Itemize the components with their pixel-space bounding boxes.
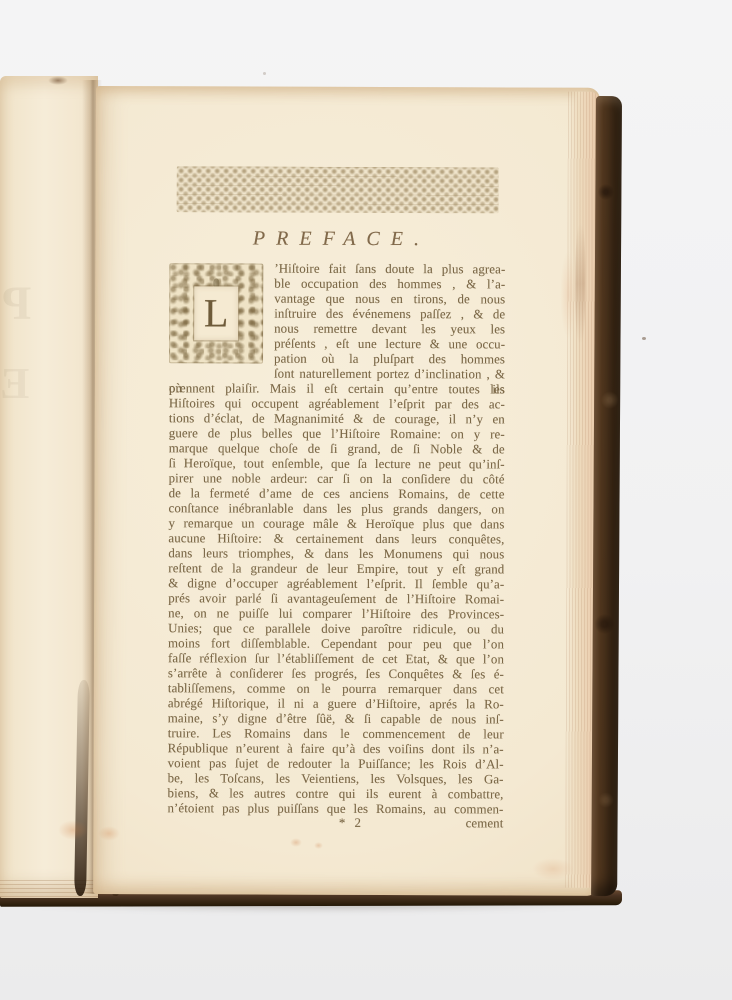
text-line: Hiſtoires qui occupent agréablement l’eſ…	[169, 396, 505, 412]
text-line: & digne d’occuper agréablement l’eſprit.…	[168, 576, 504, 592]
drop-cap-letter: L	[204, 293, 229, 333]
text-line: tabliſſemens, comme on le pourra remarqu…	[168, 681, 504, 697]
header-ornament-band	[177, 166, 499, 213]
text-line: s’arrête à conſiderer ſes progrés, ſes C…	[168, 666, 504, 682]
text-line: ſont naturellement portez d’inclination …	[169, 366, 505, 382]
text-line: ſi Heroïque, tout enſemble, que ſa lectu…	[169, 456, 505, 472]
text-line: aucune Hiſtoire: & certainement dans leu…	[168, 531, 504, 547]
page-corner-stain	[48, 76, 68, 85]
text-line: biens, & les autres contre qui ils euren…	[168, 786, 504, 802]
body-text: L ’Hiſtoire fait ſans doute la plus agre…	[167, 261, 505, 831]
show-through-text: P	[2, 276, 31, 331]
fore-edge-notch	[575, 224, 585, 344]
text-line: guere de plus belles que l’Hiſtoire Roma…	[169, 426, 505, 442]
text-block: PREFACE. L ’Hiſtoire fait ſans doute la …	[167, 166, 505, 831]
text-line: abrégé Hiſtorique, il ni a guere d’Hiſto…	[168, 696, 504, 712]
book-photo: P E PREFACE. L ’Hiſtoire fait ſans doute…	[0, 0, 732, 1000]
dust-speck	[642, 337, 646, 340]
show-through-text: E	[0, 358, 29, 409]
text-line: tions d’éclat, de Magnanimité & de coura…	[169, 411, 505, 427]
text-line: ne, on ne puiſſe lui comparer l’Hiſtoire…	[168, 606, 504, 622]
text-line: prennent plaiſir. Mais il eſt certain qu…	[169, 381, 505, 397]
text-line: y remarque un courage mâle & Heroïque pl…	[168, 516, 504, 532]
text-line: République n’eurent à faire qu’à des voi…	[168, 741, 504, 757]
text-line: moins fort diſſemblable. Cependant pour …	[168, 636, 504, 652]
text-line: truire. Les Romains dans le commencement…	[168, 726, 504, 742]
text-line: prés avoir parlé ſi avantageuſement de l…	[168, 591, 504, 607]
decorated-initial-frame: L	[169, 263, 263, 363]
text-line: faſſe réflexion ſur l’établiſſement de c…	[168, 651, 504, 667]
text-line: reſtent de la grandeur de leur Empire, t…	[168, 561, 504, 577]
decorated-initial-inner: L	[194, 286, 238, 340]
text-line: dans leurs triomphes, & dans les Monumen…	[168, 546, 504, 562]
page-title: PREFACE.	[169, 225, 505, 252]
text-line: Unies; que ce parallele doive paroître r…	[168, 621, 504, 637]
text-line: maine, s’y digne d’être ſûë, & ſi capabl…	[168, 711, 504, 727]
dust-speck	[263, 72, 266, 75]
text-line: de la fermeté d’ame de ces anciens Romai…	[169, 486, 505, 502]
right-page: PREFACE. L ’Hiſtoire fait ſans doute la …	[93, 86, 600, 896]
text-line: marque quelque choſe de ſi grand, de ſi …	[169, 441, 505, 457]
text-line: pirer une noble ardeur: car ſi on la con…	[169, 471, 505, 487]
catchword: cement	[348, 815, 503, 832]
signature-mark: * 2	[339, 815, 364, 831]
text-line: be, les Toſcans, les Veientiens, les Vol…	[168, 771, 504, 787]
text-line: voient pas ſujet de redouter la Puiſſanc…	[168, 756, 504, 772]
leather-cover-right-edge	[591, 96, 622, 896]
text-line: conſtance inébranlable dans les plus gra…	[168, 501, 504, 517]
